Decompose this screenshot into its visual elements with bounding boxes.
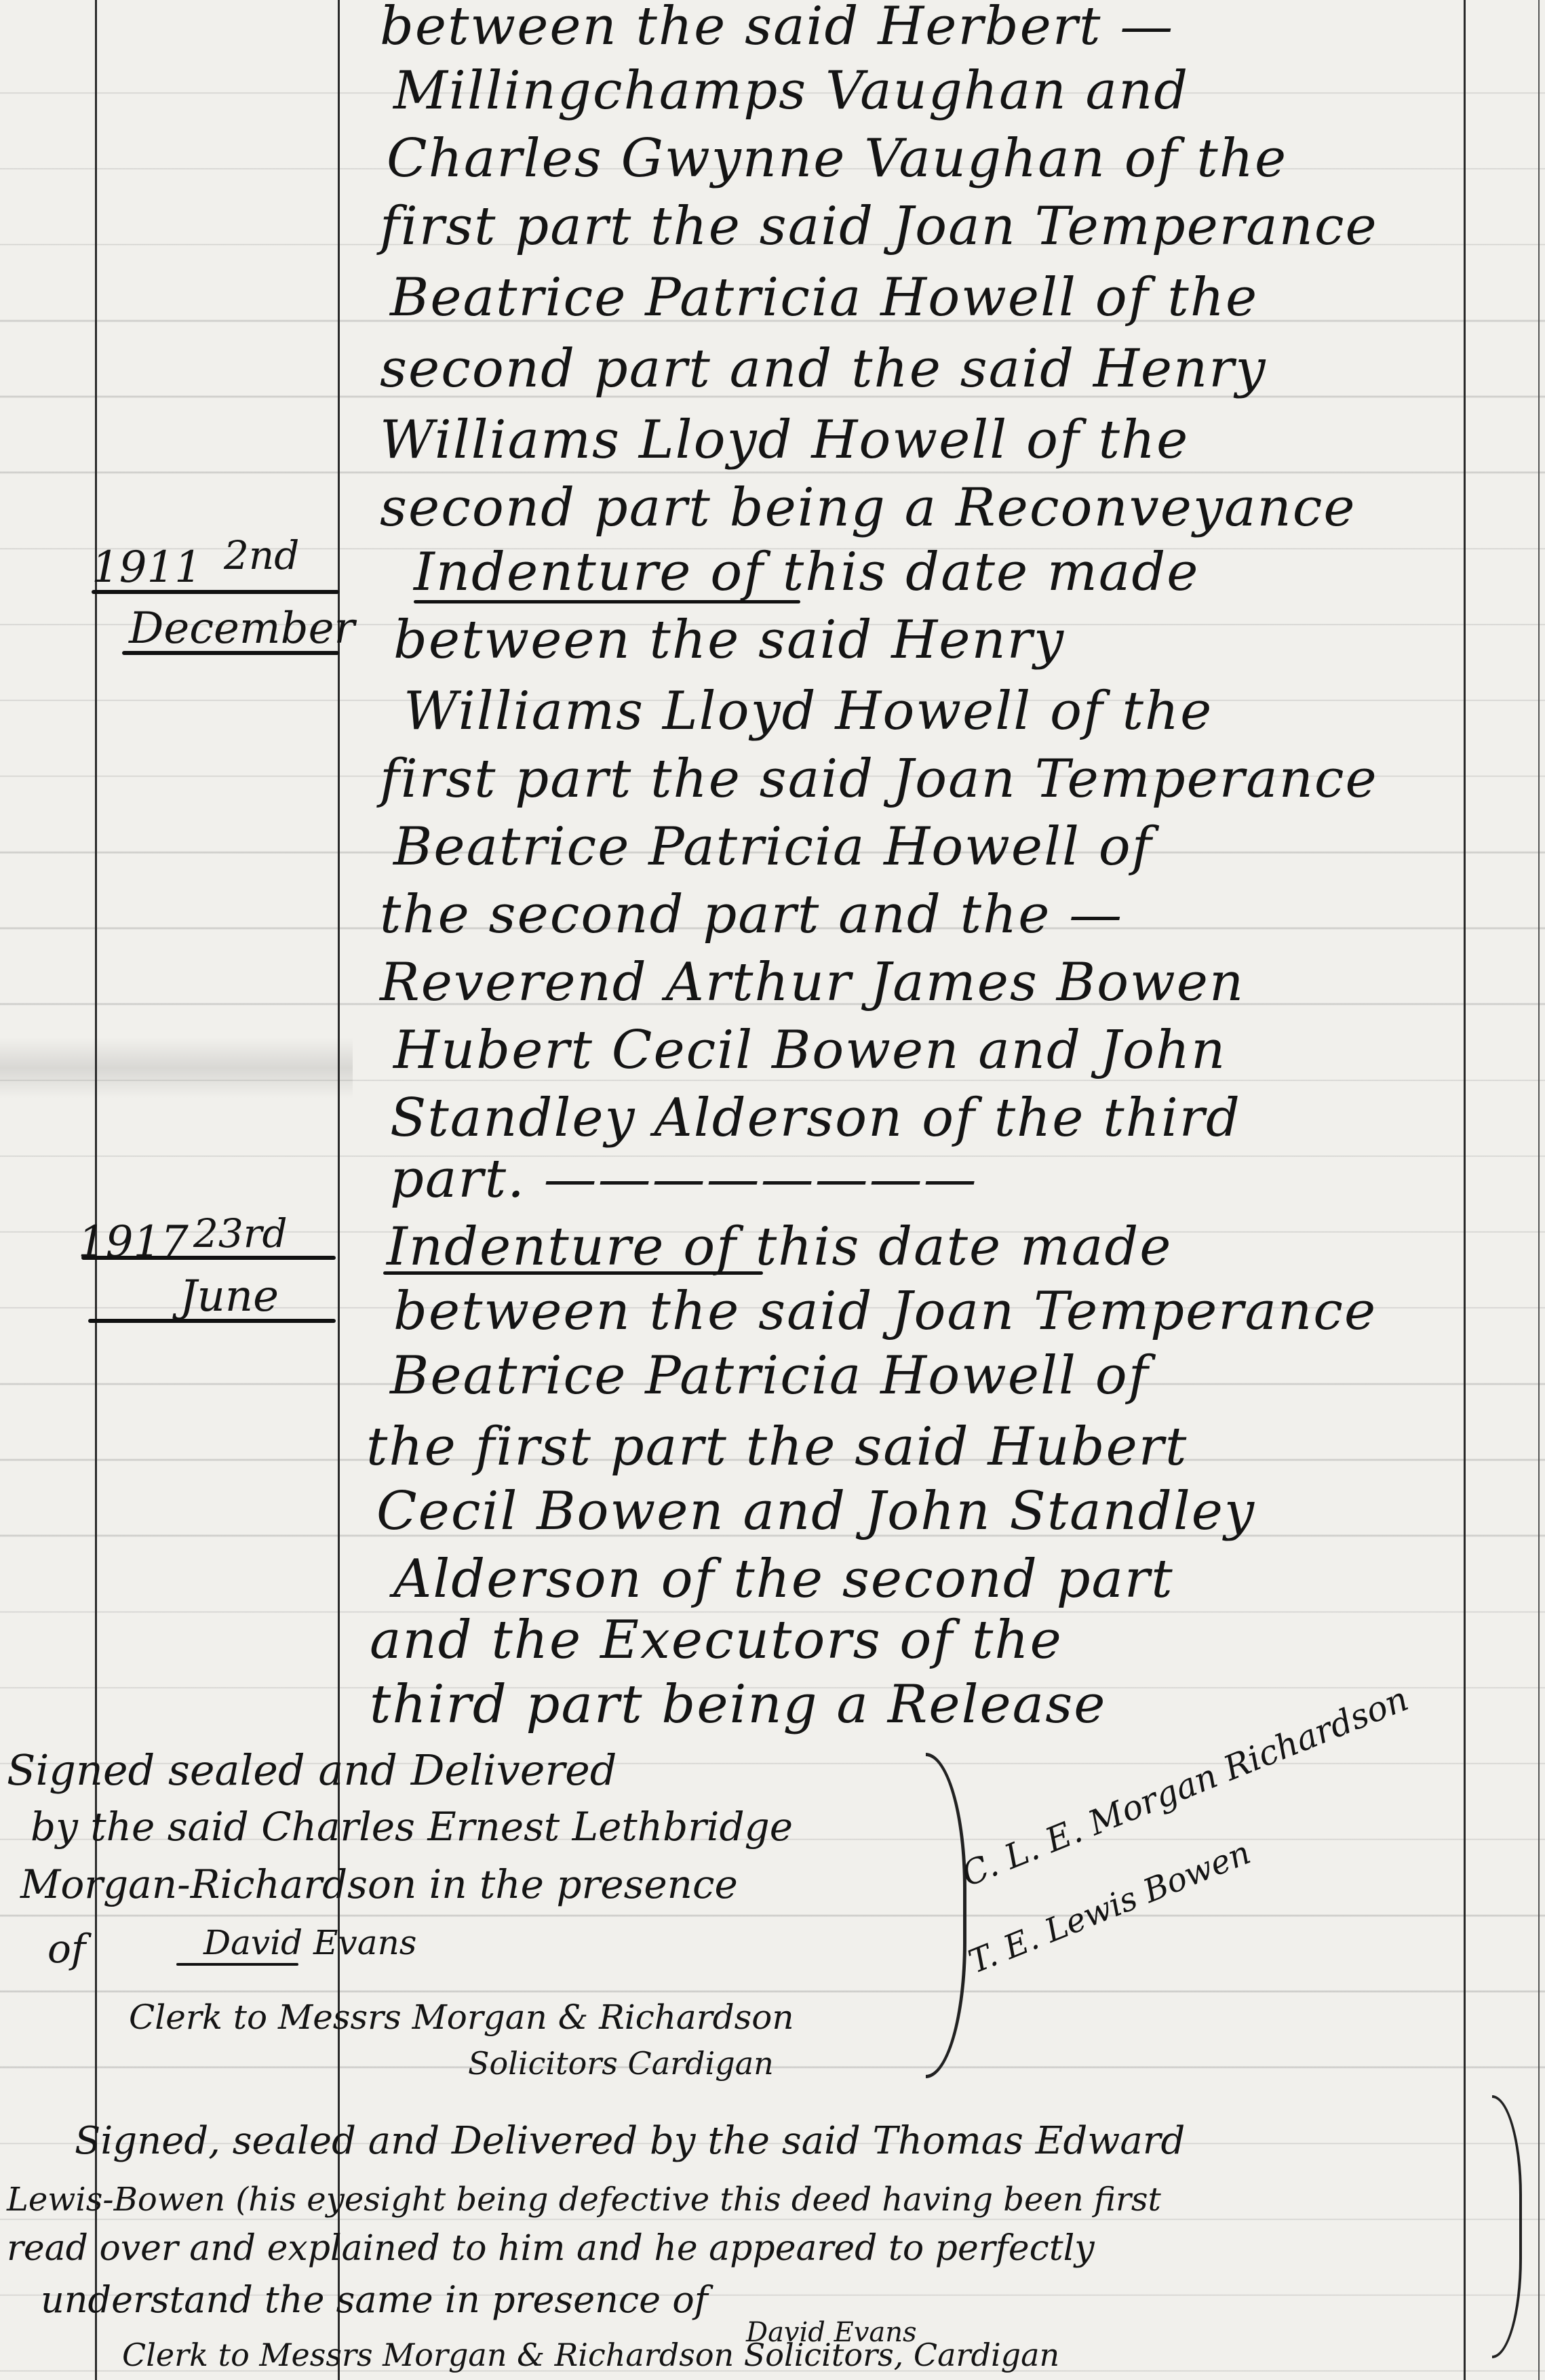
- attestation-line: Signed sealed and Delivered: [7, 1749, 617, 1791]
- entry-line: Beatrice Patricia Howell of: [390, 1349, 1150, 1402]
- entry-line: part. ————————: [390, 1153, 978, 1206]
- entry-line: third part being a Release: [370, 1678, 1106, 1731]
- entry-line: Cecil Bowen and John Standley: [376, 1485, 1255, 1538]
- entry-line: Beatrice Patricia Howell of the: [390, 271, 1258, 324]
- attestation-line: by the said Charles Ernest Lethbridge: [31, 1807, 793, 1846]
- entry-date-day: 2nd: [224, 536, 299, 575]
- entry-line: between the said Henry: [393, 614, 1065, 667]
- entry-line: Beatrice Patricia Howell of: [393, 820, 1153, 873]
- date-underline: [81, 1256, 336, 1260]
- entry-line: Alderson of the second part: [393, 1553, 1174, 1606]
- entry-line: between the said Herbert —: [380, 0, 1174, 53]
- indenture-underline: [414, 600, 800, 603]
- attestation-line: Lewis-Bowen (his eyesight being defectiv…: [7, 2183, 1161, 2216]
- entry-line: second part and the said Henry: [380, 342, 1267, 395]
- attestation-line: Signed, sealed and Delivered by the said…: [75, 2122, 1185, 2160]
- entry-line: Williams Lloyd Howell of the: [380, 414, 1189, 467]
- entry-line: Reverend Arthur James Bowen: [380, 956, 1245, 1009]
- attestation-line: read over and explained to him and he ap…: [7, 2231, 1095, 2266]
- entry-date-month: December: [129, 607, 355, 650]
- entry-date-day: 23rd: [193, 1214, 288, 1253]
- entry-line: Indenture of this date made: [414, 546, 1199, 599]
- date-underline: [92, 590, 339, 594]
- witness-line: Solicitors Cardigan: [468, 2048, 774, 2079]
- paper-crease: [0, 1037, 353, 1098]
- entry-line: Indenture of this date made: [387, 1221, 1172, 1273]
- indenture-underline: [383, 1271, 763, 1275]
- date-underline: [88, 1319, 336, 1323]
- right-margin-rule: [1464, 0, 1466, 2380]
- witness-underline: [176, 1963, 298, 1966]
- entry-line: Williams Lloyd Howell of the: [404, 685, 1213, 738]
- entry-date-year: 1911: [92, 546, 202, 589]
- entry-line: the first part the said Hubert: [366, 1421, 1188, 1473]
- entry-date-month: June: [180, 1275, 279, 1318]
- entry-line: first part the said Joan Temperance: [380, 200, 1378, 253]
- entry-line: Standley Alderson of the third: [390, 1092, 1241, 1145]
- entry-line: first part the said Joan Temperance: [380, 753, 1378, 806]
- entry-line: the second part and the —: [380, 888, 1123, 941]
- entry-line: Charles Gwynne Vaughan of the: [387, 132, 1287, 185]
- entry-line: Hubert Cecil Bowen and John: [393, 1024, 1226, 1077]
- attestation-line: Morgan-Richardson in the presence: [20, 1865, 738, 1904]
- entry-line: between the said Joan Temperance: [393, 1285, 1377, 1338]
- witness-signature: David Evans: [203, 1926, 416, 1960]
- attestation-line: of: [47, 1929, 85, 1968]
- left-margin-rule: [95, 0, 97, 2380]
- outer-edge-rule: [1538, 0, 1540, 2380]
- entry-line: second part being a Reconveyance: [380, 481, 1356, 534]
- witness-line: Clerk to Messrs Morgan & Richardson: [129, 2000, 794, 2034]
- date-underline: [122, 651, 339, 655]
- attestation-line: understand the same in presence of: [41, 2282, 708, 2318]
- entry-line: and the Executors of the: [370, 1614, 1063, 1667]
- entry-line: Millingchamps Vaughan and: [393, 64, 1189, 117]
- witness-line: Clerk to Messrs Morgan & Richardson Soli…: [122, 2339, 1059, 2371]
